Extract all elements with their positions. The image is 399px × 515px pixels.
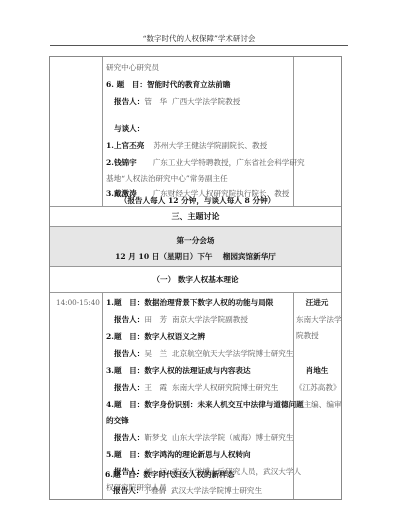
talk-title: 智能时代的教育立法前瞻 [147, 80, 231, 89]
subsection-title-row: （一） 数字人权基本理论 [50, 267, 341, 293]
title-label: 题 目： [114, 332, 144, 341]
speaker-label: 报告人： [114, 315, 144, 324]
chair-affiliation: 东南大学法学 [296, 315, 342, 325]
commentator-name: 肖地生 [293, 366, 341, 376]
talk-number: 6. [105, 470, 113, 479]
discussant-number: 1. [106, 141, 114, 150]
speaker-affiliation: 山东大学法学院（威海）博士研究生 [172, 433, 294, 442]
chair-affiliation-continued: 院教授 [296, 331, 319, 341]
speaker-name: 丁雅倩 [143, 486, 166, 495]
discussant-name: 钱锦宇 [114, 158, 137, 167]
talk-number: 3. [106, 366, 114, 375]
talk-title: 数字鸿沟的理论新思与人权转向 [144, 450, 250, 459]
section-title: 三、主题讨论 [50, 211, 341, 221]
speaker-line: 报告人：靳梦戈 山东大学法学院（威海）博士研究生 [114, 433, 293, 443]
discussants-label: 与谈人： [114, 124, 144, 134]
speaker-affiliation: 广西大学法学院教授 [172, 97, 240, 106]
talk-title-line: 4.题 目：数字身份识别：未来人机交互中法律与道德问题 [106, 400, 304, 410]
speaker-label: 报告人： [114, 383, 144, 392]
speaker-name: 靳梦戈 [144, 433, 167, 442]
column-divider [293, 57, 294, 206]
speaker-name: 吴 兰 [144, 349, 167, 358]
discussant-affiliation: 广东工业大学特聘教授，广东省社会科学研究 [137, 158, 305, 167]
speaker-label: 报告人： [114, 97, 144, 106]
session-row: 14:00-15:40 1.题 目：数据治理背景下数字人权的功能与局限 报告人：… [50, 293, 341, 499]
discussant-affiliation-continued: 基地“人权法治研究中心”常务副主任 [106, 174, 228, 184]
column-divider [102, 293, 103, 499]
talk-title-line: 5.题 目：数字鸿沟的理论新思与人权转向 [106, 450, 251, 460]
discussant-affiliation: 苏州大学王健法学院副院长、教授 [144, 141, 267, 150]
session-time: 14:00-15:40 [56, 298, 100, 308]
speaker-line: 报告人：管 华 广西大学法学院教授 [114, 97, 240, 107]
speaker-affiliation: 东南大学人权研究院博士研究生 [172, 383, 278, 392]
speaker-label: 报告人： [114, 349, 144, 358]
speaker-line: 报告人：田 芳 南京大学法学院副教授 [114, 315, 248, 325]
speaker-name: 管 华 [144, 97, 167, 106]
talk-title-line: 1.题 目：数据治理背景下数字人权的功能与局限 [106, 298, 273, 308]
talk-title-continued: 的交锋 [106, 416, 129, 426]
talk-title: 数字身份识别：未来人机交互中法律与道德问题 [144, 400, 303, 409]
title-label: 6. 题 目： [106, 80, 147, 89]
venue-band: 第一分会场 12 月 10 日（星期日）下午 榴园宾馆新华厅 [50, 227, 341, 267]
title-label: 题 目： [114, 450, 144, 459]
section-title-row: 三、主题讨论 [50, 207, 341, 227]
schedule-table: 研究中心研究员 6. 题 目：智能时代的教育立法前瞻 报告人：管 华 广西大学法… [49, 56, 342, 500]
page-header: “数字时代的人权保障”学术研讨会 [50, 34, 348, 46]
talk-number: 1. [106, 298, 114, 307]
talk-number: 5. [106, 450, 114, 459]
session-datetime-venue: 12 月 10 日（星期日）下午 榴园宾馆新华厅 [50, 252, 341, 262]
speaker-name: 王 霞 [144, 383, 167, 392]
chair-name: 汪进元 [293, 298, 341, 308]
discussant-name: 上官丕亮 [114, 141, 144, 150]
speaker-line: 报告人：吴 兰 北京航空航天大学法学院博士研究生 [114, 349, 293, 359]
affiliation-continued: 研究中心研究员 [106, 63, 159, 73]
speaker-label: 报告人： [114, 433, 144, 442]
talk-number: 4. [106, 400, 114, 409]
session-name: 第一分会场 [50, 236, 341, 246]
title-label: 题 目： [113, 470, 143, 479]
conference-title: “数字时代的人权保障”学术研讨会 [143, 34, 256, 43]
talk-title-line: 2.题 目：数字人权语义之辨 [106, 332, 205, 342]
column-divider [102, 57, 103, 206]
title-label: 题 目： [114, 366, 144, 375]
talk-title-line: 6.题 目：数字时代妇女人权的新样态 [105, 470, 234, 480]
speaker-affiliation: 南京大学法学院副教授 [172, 315, 248, 324]
title-label: 题 目： [114, 400, 144, 409]
speaker-affiliation: 北京航空航天大学法学院博士研究生 [172, 349, 294, 358]
speaker-affiliation: 武汉大学法学院博士研究生 [171, 486, 262, 495]
commentator-affiliation-continued: 副主编、编审 [296, 400, 342, 410]
speaker-line: 报告人：丁雅倩 武汉大学法学院博士研究生 [113, 486, 262, 496]
continuation-row: 研究中心研究员 6. 题 目：智能时代的教育立法前瞻 报告人：管 华 广西大学法… [50, 57, 341, 207]
talk-title: 数字时代妇女人权的新样态 [143, 470, 234, 479]
talk-title-line: 6. 题 目：智能时代的教育立法前瞻 [106, 80, 230, 90]
talk-title: 数据治理背景下数字人权的功能与局限 [144, 298, 273, 307]
discussant-item: 2.钱锦宇广东工业大学特聘教授，广东省社会科学研究 [106, 158, 305, 168]
subsection-title: （一） 数字人权基本理论 [50, 275, 341, 285]
speaker-line: 报告人：王 霞 东南大学人权研究院博士研究生 [114, 383, 278, 393]
time-note: （报告人每人 12 分钟，与谈人每人 8 分钟） [102, 196, 293, 206]
title-label: 题 目： [114, 298, 144, 307]
speaker-name: 田 芳 [144, 315, 167, 324]
talk-title: 数字人权的法理证成与内容表达 [144, 366, 250, 375]
talk-number: 2. [106, 332, 114, 341]
discussant-number: 2. [106, 158, 114, 167]
talk-title: 数字人权语义之辨 [144, 332, 205, 341]
speaker-label: 报告人： [113, 486, 143, 495]
discussant-item: 1.上官丕亮苏州大学王健法学院副院长、教授 [106, 141, 267, 151]
commentator-affiliation: 《江苏高教》 [295, 383, 341, 393]
talk-title-line: 3.题 目：数字人权的法理证成与内容表达 [106, 366, 251, 376]
